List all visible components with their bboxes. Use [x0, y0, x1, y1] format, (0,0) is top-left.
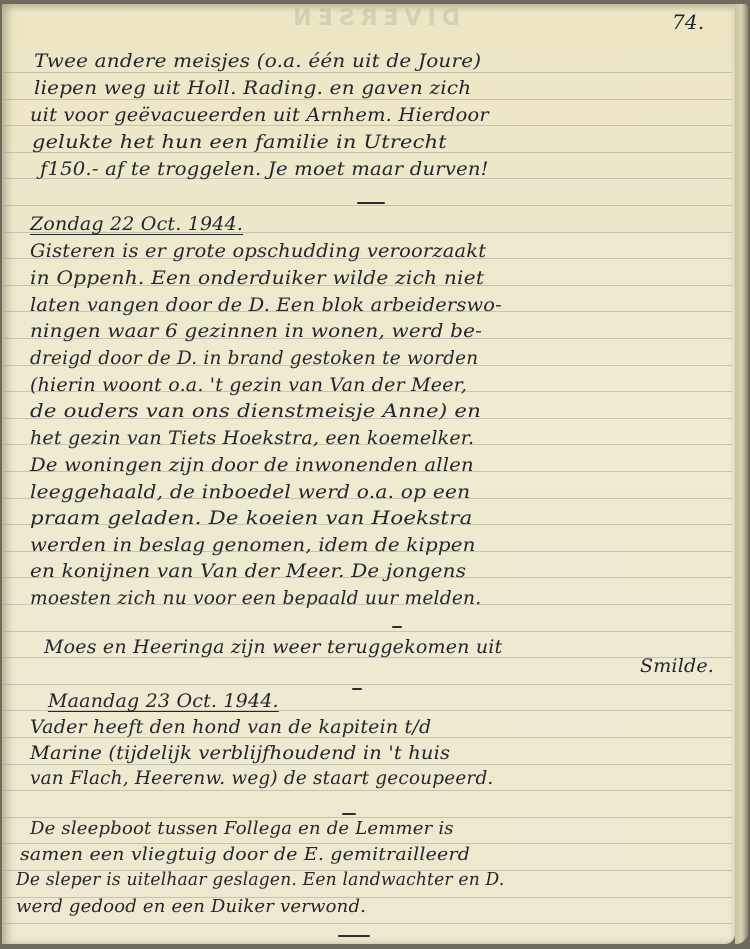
text-line: dreigd door de D. in brand gestoken te w… — [30, 347, 478, 369]
text-line: gelukte het hun een familie in Utrecht — [32, 131, 447, 153]
text-line: in Oppenh. Een onderduiker wilde zich ni… — [30, 267, 484, 289]
section-separator — [357, 202, 385, 204]
text-line: Moes en Heeringa zijn weer teruggekomen … — [44, 636, 502, 658]
text-line: het gezin van Tiets Hoekstra, een koemel… — [30, 427, 474, 449]
text-line: uit voor geëvacueerden uit Arnhem. Hierd… — [30, 104, 489, 126]
text-line: moesten zich nu voor een bepaald uur mel… — [30, 587, 481, 609]
ruling-line — [4, 764, 732, 765]
bleed-through-stamp: DIVERSEN — [300, 6, 460, 36]
ruling-line — [4, 205, 732, 206]
text-line: De sleper is uitelhaar geslagen. Een lan… — [16, 869, 504, 890]
text-line: van Flach, Heerenw. weg) de staart gecou… — [30, 767, 493, 789]
ruling-line — [4, 631, 732, 632]
text-line: Marine (tijdelijk verblijfhoudend in 't … — [30, 742, 450, 764]
text-line: werd gedood en een Duiker verwond. — [16, 896, 366, 917]
text-line: praam geladen. De koeien van Hoekstra — [30, 507, 473, 529]
ruling-line — [4, 99, 732, 100]
section-separator — [392, 626, 402, 628]
text-line: samen een vliegtuig door de E. gemitrail… — [20, 844, 470, 865]
text-line: laten vangen door de D. Een blok arbeide… — [30, 294, 502, 316]
section-separator — [342, 813, 356, 815]
text-line: ƒ150.- af te troggelen. Je moet maar dur… — [40, 158, 489, 180]
page-number: 74. — [672, 10, 704, 34]
section-separator — [338, 935, 370, 937]
ruling-line — [4, 923, 732, 924]
ruling-line — [4, 72, 732, 73]
text-line: Twee andere meisjes (o.a. één uit de Jou… — [34, 50, 481, 72]
text-line: De woningen zijn door de inwonenden alle… — [30, 454, 474, 476]
text-line: (hierin woont o.a. 't gezin van Van der … — [30, 374, 467, 396]
text-line: leeggehaald, de inboedel werd o.a. op ee… — [30, 481, 470, 503]
ruling-line — [4, 684, 732, 685]
entry-date-heading: Zondag 22 Oct. 1944. — [30, 213, 243, 235]
page-edge — [735, 4, 748, 944]
text-line: De sleepboot tussen Follega en de Lemmer… — [30, 818, 454, 839]
ruling-line — [4, 790, 732, 791]
text-line: Gisteren is er grote opschudding veroorz… — [30, 240, 486, 262]
section-separator — [352, 688, 362, 690]
text-line: Vader heeft den hond van de kapitein t/d — [30, 716, 431, 738]
text-line: liepen weg uit Holl. Rading. en gaven zi… — [34, 77, 471, 99]
text-line: Smilde. — [640, 655, 714, 677]
text-line: ningen waar 6 gezinnen in wonen, werd be… — [30, 320, 482, 342]
text-line: de ouders van ons dienstmeisje Anne) en — [30, 400, 481, 422]
text-line: werden in beslag genomen, idem de kippen — [30, 534, 476, 556]
entry-date-heading: Maandag 23 Oct. 1944. — [48, 690, 279, 712]
text-line: en konijnen van Van der Meer. De jongens — [30, 560, 466, 582]
